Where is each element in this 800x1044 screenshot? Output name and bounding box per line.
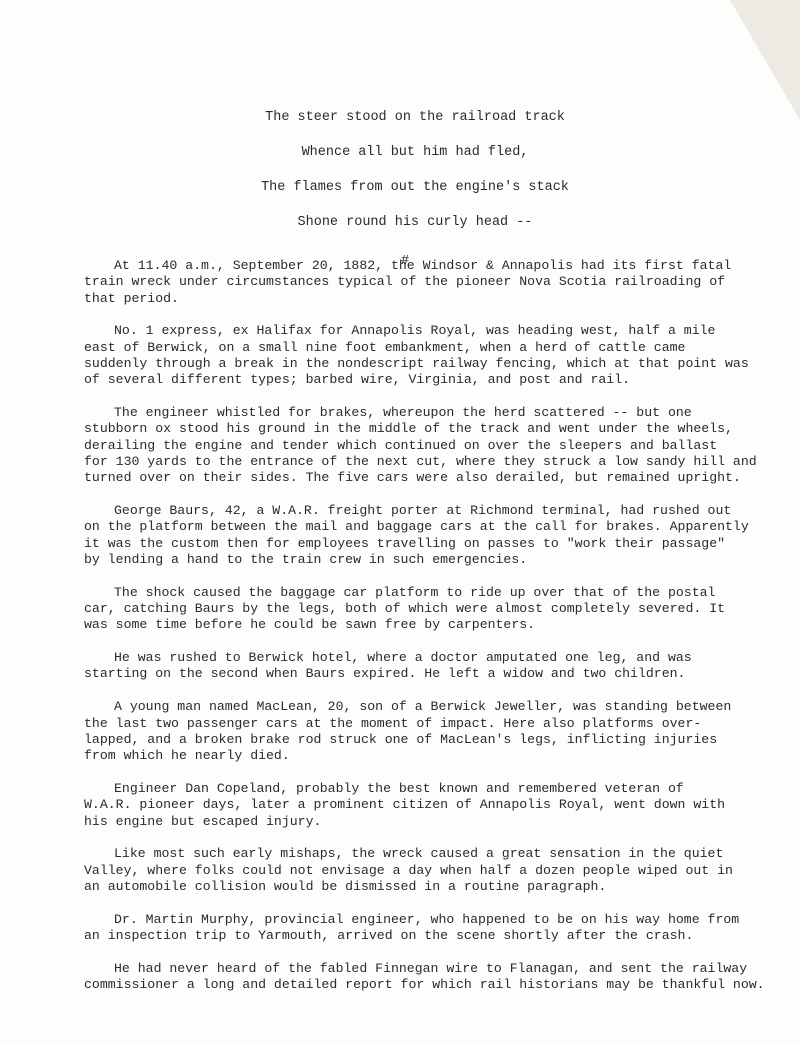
- paragraph: The engineer whistled for brakes, whereu…: [84, 405, 784, 486]
- paragraph: The shock caused the baggage car platfor…: [84, 585, 784, 634]
- article-body: At 11.40 a.m., September 20, 1882, the W…: [84, 258, 784, 1010]
- paragraph: He was rushed to Berwick hotel, where a …: [84, 650, 784, 683]
- poem-line: The steer stood on the railroad track: [0, 100, 800, 135]
- poem-line: Whence all but him had fled,: [0, 135, 800, 170]
- paragraph: Like most such early mishaps, the wreck …: [84, 846, 784, 895]
- paragraph: No. 1 express, ex Halifax for Annapolis …: [84, 323, 784, 388]
- poem-verse: The steer stood on the railroad track Wh…: [0, 100, 800, 279]
- paragraph: A young man named MacLean, 20, son of a …: [84, 699, 784, 764]
- paragraph: He had never heard of the fabled Finnega…: [84, 961, 784, 994]
- poem-line: The flames from out the engine's stack: [0, 170, 800, 205]
- paragraph: At 11.40 a.m., September 20, 1882, the W…: [84, 258, 784, 307]
- paragraph: Dr. Martin Murphy, provincial engineer, …: [84, 912, 784, 945]
- paragraph: George Baurs, 42, a W.A.R. freight porte…: [84, 503, 784, 568]
- poem-line: Shone round his curly head --: [0, 205, 800, 240]
- paragraph: Engineer Dan Copeland, probably the best…: [84, 781, 784, 830]
